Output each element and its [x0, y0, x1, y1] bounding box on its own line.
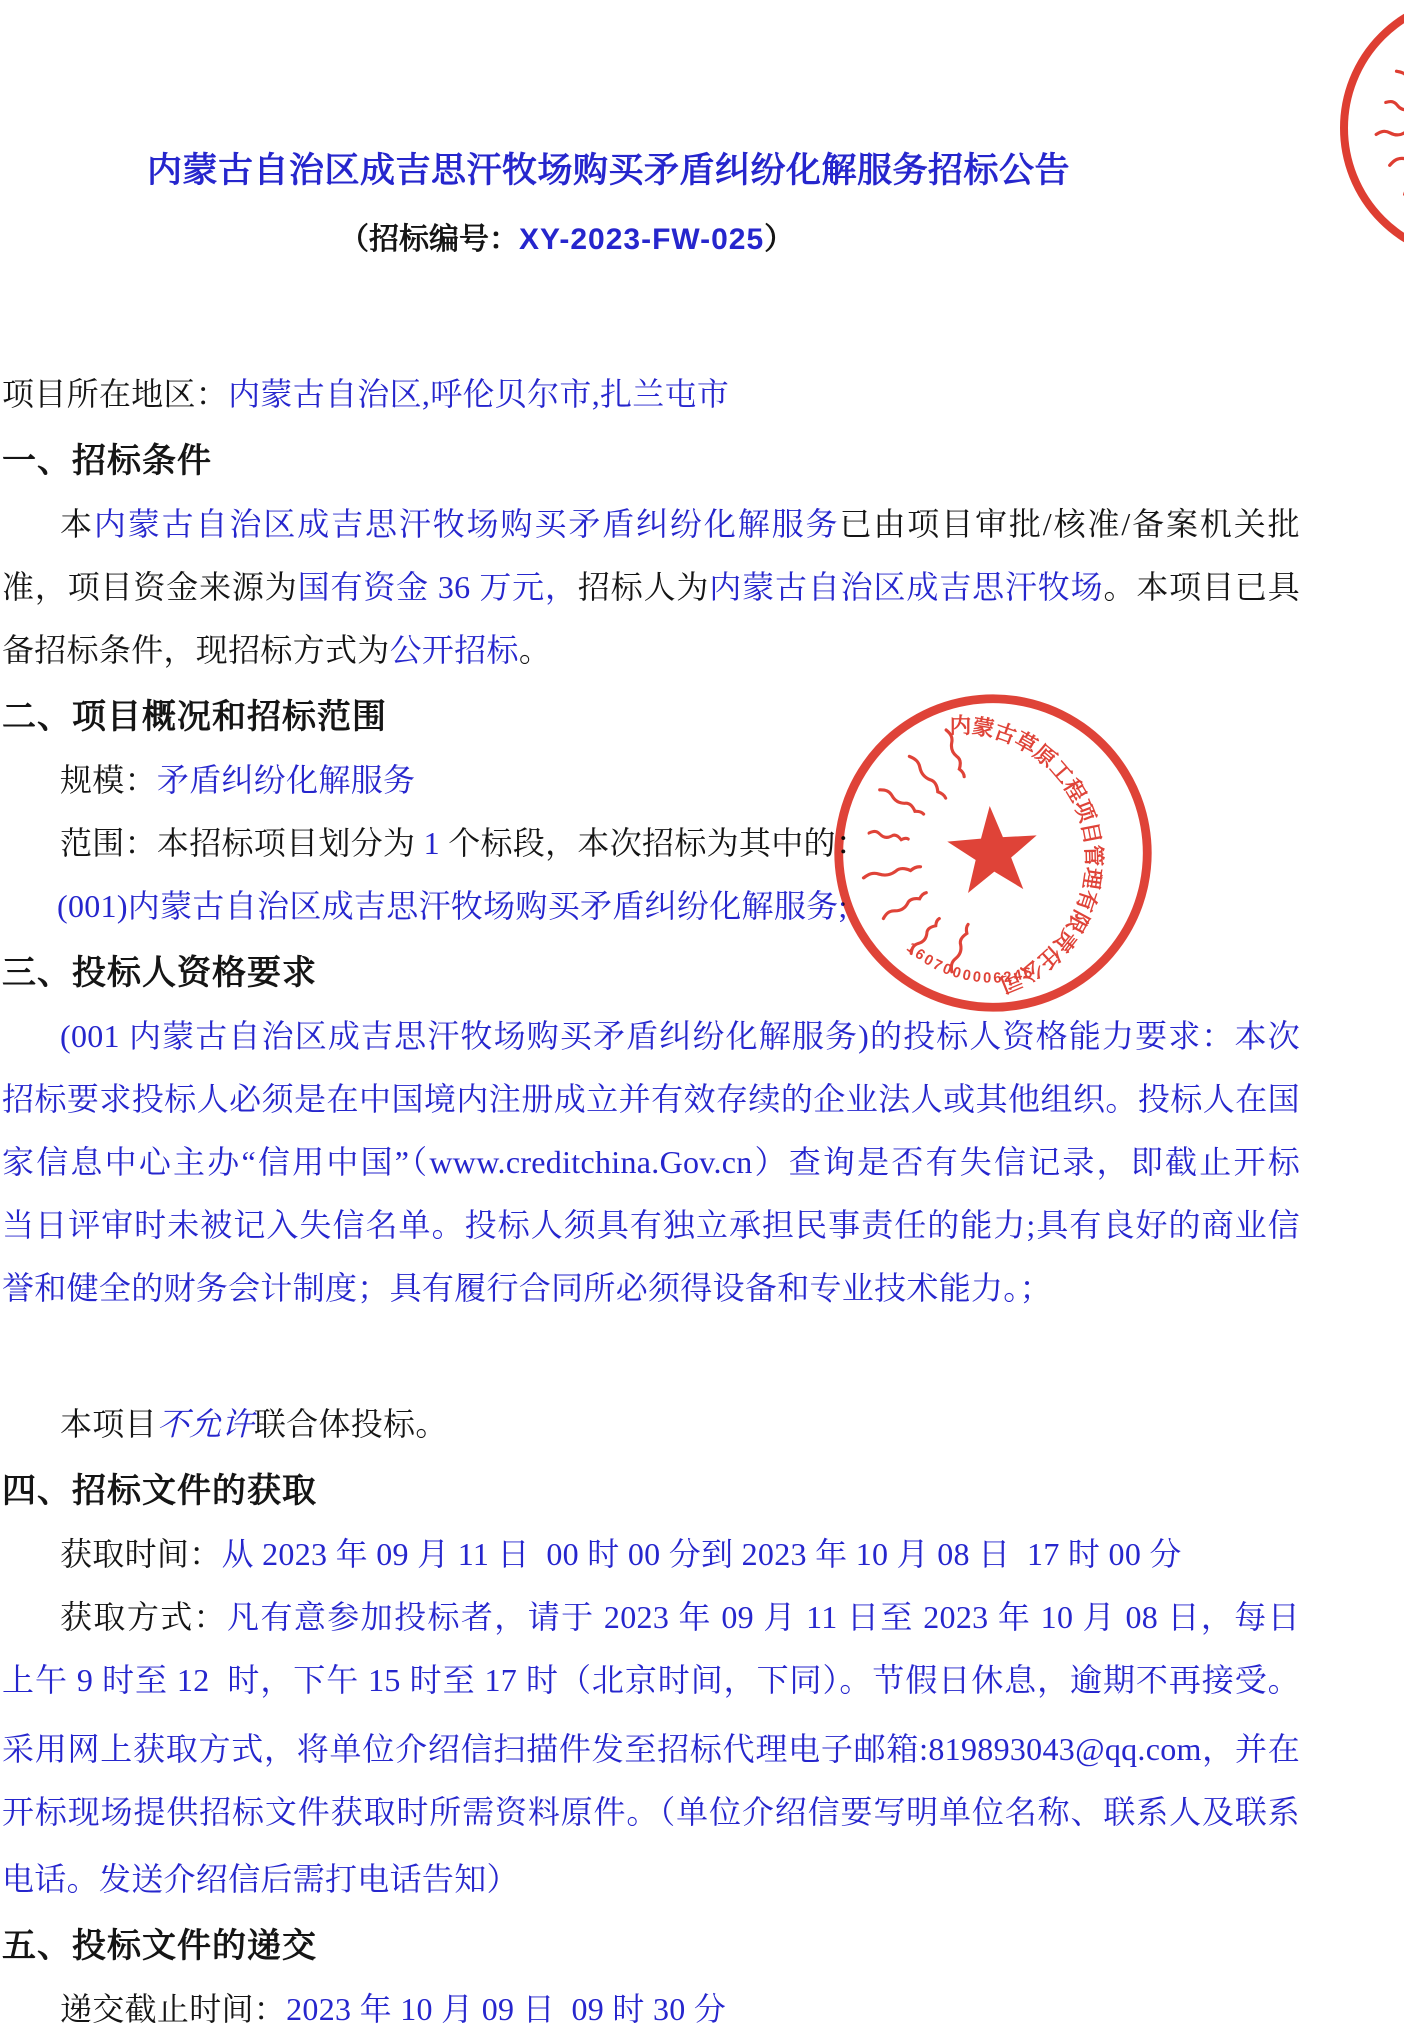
text-segment: 项目所在地区：: [2, 376, 228, 412]
text-segment: 电话。发送介绍信后需打电话告知）: [2, 1861, 519, 1897]
text-segment: (001)内蒙古自治区成吉思汗牧场购买矛盾纠纷化解服务;: [57, 888, 848, 924]
text-segment: 内蒙古自治区成吉思汗牧场: [709, 569, 1103, 605]
text-segment: 本项目: [60, 1406, 157, 1442]
text-segment: 开标现场提供招标文件获取时所需资料原件。（单位介绍信要写明单位名称、联系人及联系: [2, 1794, 1300, 1830]
qualification-line-2: 招标要求投标人必须是在中国境内注册成立并有效存续的企业法人或其他组织。投标人在国: [2, 1068, 1300, 1131]
text-segment: 四、招标文件的获取: [2, 1473, 317, 1510]
obtain-method-line-2: 上午 9 时至 12 时，下午 15 时至 17 时（北京时间，下同）。节假日休…: [2, 1649, 1300, 1712]
text-segment: 誉和健全的财务会计制度；具有履行合同所必须得设备和专业技术能力。；: [2, 1270, 1052, 1306]
corner-stamp-graphic: [1344, 0, 1404, 258]
text-segment: 递交截止时间：: [60, 1991, 286, 2027]
text-segment: 获取时间：: [60, 1536, 222, 1572]
text-segment: 准，项目资金来源为: [2, 569, 298, 605]
text-segment: 从 2023 年 09 月 11 日 00 时 00 分到 2023 年 10 …: [222, 1536, 1182, 1572]
text-segment: 二、项目概况和招标范围: [2, 699, 387, 736]
announcement-document: 内蒙古草原工程项目管理有限责任公司 1607000006246 内蒙古自治区成吉…: [0, 0, 1404, 2035]
tender-number-suffix: ）: [764, 223, 794, 256]
text-segment: 内蒙古自治区,呼伦贝尔市,扎兰屯市: [228, 376, 729, 412]
obtain-method-line-3: 采用网上获取方式，将单位介绍信扫描件发至招标代理电子邮箱:819893043@q…: [2, 1718, 1300, 1781]
text-segment: 。本项目已具: [1103, 569, 1300, 605]
text-segment: 凡有意参加投标者，请于 2023 年 09 月 11 日至 2023 年 10 …: [227, 1599, 1300, 1635]
text-segment: (001 内蒙古自治区成吉思汗牧场购买矛盾纠纷化解服务)的投标人资格能力要求：本…: [60, 1018, 1300, 1054]
tender-number-value: XY-2023-FW-025: [519, 223, 764, 256]
text-segment: 联合体投标。: [254, 1406, 448, 1442]
para-1-line-1: 本内蒙古自治区成吉思汗牧场购买矛盾纠纷化解服务已由项目审批/核准/备案机关批: [2, 493, 1300, 556]
text-segment: 五、投标文件的递交: [2, 1928, 317, 1965]
text-segment: 本: [60, 506, 94, 542]
obtain-method-line-4: 开标现场提供招标文件获取时所需资料原件。（单位介绍信要写明单位名称、联系人及联系: [2, 1781, 1300, 1844]
consortium-line: 本项目不允许联合体投标。: [2, 1393, 1300, 1456]
stamp-star: [945, 803, 1040, 894]
text-segment: 招标要求投标人必须是在中国境内注册成立并有效存续的企业法人或其他组织。投标人在国: [2, 1081, 1300, 1117]
section-1-heading: 一、招标条件: [2, 430, 1300, 493]
text-segment: 不允许: [157, 1406, 254, 1442]
text-segment: 矛盾纠纷化解服务: [157, 762, 415, 798]
text-segment: 个标段，本次招标为其中的：: [440, 825, 868, 861]
text-segment: 采用网上获取方式，将单位介绍信扫描件发至招标代理电子邮箱:819893043@q…: [2, 1731, 1300, 1767]
tender-number-line: （招标编号：XY-2023-FW-025）: [2, 208, 1300, 271]
text-segment: 内蒙古自治区成吉思汗牧场购买矛盾纠纷化解服务: [94, 506, 840, 542]
text-segment: 国有资金 36 万元，: [298, 569, 578, 605]
text-segment: 当日评审时未被记入失信名单。投标人须具有独立承担民事责任的能力;具有良好的商业信: [2, 1207, 1300, 1243]
corner-partial-stamp: [1304, 0, 1404, 290]
qualification-line-3: 家信息中心主办“信用中国”（www.creditchina.Gov.cn）查询是…: [2, 1131, 1300, 1194]
text-segment: 备招标条件，现招标方式为: [2, 632, 390, 668]
page-title: 内蒙古自治区成吉思汗牧场购买矛盾纠纷化解服务招标公告: [2, 146, 1300, 196]
text-segment: 1: [424, 825, 440, 861]
qualification-line-4: 当日评审时未被记入失信名单。投标人须具有独立承担民事责任的能力;具有良好的商业信: [2, 1194, 1300, 1257]
text-segment: 获取方式：: [60, 1599, 227, 1635]
text-segment: 2023 年 10 月 09 日 09 时 30 分: [286, 1991, 726, 2027]
official-round-stamp: 内蒙古草原工程项目管理有限责任公司 1607000006246: [826, 686, 1160, 1020]
text-segment: 公开招标: [390, 632, 519, 668]
para-1-line-2: 准，项目资金来源为国有资金 36 万元，招标人为内蒙古自治区成吉思汗牧场。本项目…: [2, 556, 1300, 619]
obtain-time-line: 获取时间：从 2023 年 09 月 11 日 00 时 00 分到 2023 …: [2, 1523, 1300, 1586]
text-segment: 招标人为: [578, 569, 709, 605]
text-segment: 已由项目审批/核准/备案机关批: [839, 506, 1300, 542]
document-lines: 项目所在地区：内蒙古自治区,呼伦贝尔市,扎兰屯市一、招标条件本内蒙古自治区成吉思…: [2, 363, 1300, 2035]
corner-stamp-script: [1376, 69, 1404, 195]
text-segment: 上午 9 时至 12 时，下午 15 时至 17 时（北京时间，下同）。节假日休…: [2, 1662, 1300, 1698]
stamp-graphic: 内蒙古草原工程项目管理有限责任公司 1607000006246: [826, 686, 1160, 1020]
text-segment: 。: [519, 632, 551, 668]
text-segment: 规模：: [60, 762, 157, 798]
qualification-line-5: 誉和健全的财务会计制度；具有履行合同所必须得设备和专业技术能力。；: [2, 1257, 1300, 1320]
obtain-method-line-5: 电话。发送介绍信后需打电话告知）: [2, 1848, 1300, 1911]
text-segment: 一、招标条件: [2, 443, 212, 480]
text-segment: 三、投标人资格要求: [2, 955, 317, 992]
section-5-heading: 五、投标文件的递交: [2, 1915, 1300, 1978]
submit-deadline-line: 递交截止时间：2023 年 10 月 09 日 09 时 30 分: [2, 1978, 1300, 2035]
obtain-method-line-1: 获取方式：凡有意参加投标者，请于 2023 年 09 月 11 日至 2023 …: [2, 1586, 1300, 1649]
text-segment: 家信息中心主办“信用中国”（www.creditchina.Gov.cn）查询是…: [2, 1144, 1300, 1180]
project-location-line: 项目所在地区：内蒙古自治区,呼伦贝尔市,扎兰屯市: [2, 363, 1300, 426]
corner-stamp-ring: [1344, 0, 1404, 258]
text-segment: 范围：本招标项目划分为: [60, 825, 424, 861]
tender-number-prefix: （招标编号：: [339, 223, 519, 256]
para-1-line-3: 备招标条件，现招标方式为公开招标。: [2, 619, 1300, 682]
document-body: 内蒙古自治区成吉思汗牧场购买矛盾纠纷化解服务招标公告 （招标编号：XY-2023…: [0, 146, 1404, 2035]
section-4-heading: 四、招标文件的获取: [2, 1460, 1300, 1523]
